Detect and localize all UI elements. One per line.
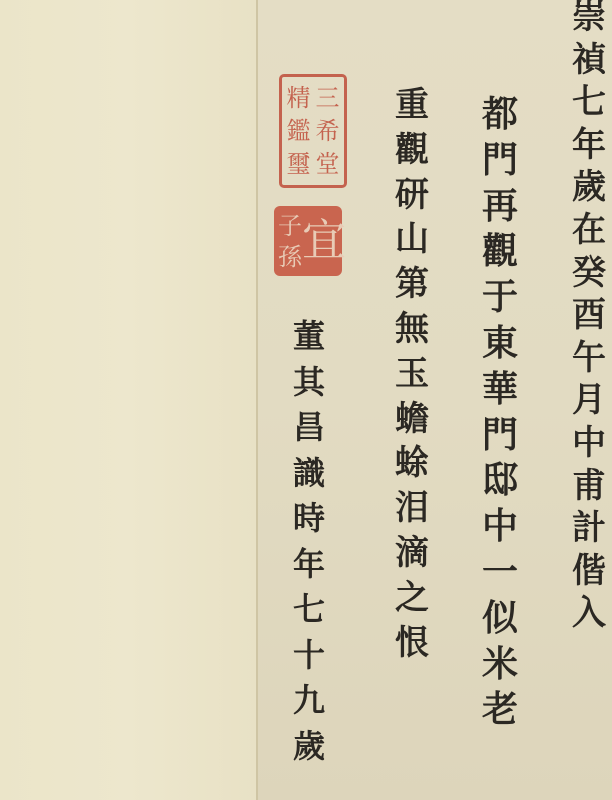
char: 計 — [572, 511, 606, 554]
char: 九 — [293, 684, 325, 730]
seal-char: 堂 — [316, 152, 340, 176]
char: 月 — [572, 383, 606, 426]
seal-char: 精 — [287, 86, 311, 110]
seal-column: 精 鑑 璽 — [287, 81, 311, 181]
char: 董 — [293, 320, 325, 366]
char: 華 — [482, 371, 518, 417]
char: 中 — [482, 508, 518, 554]
seal-yizisun: 宜 子 孫 — [274, 206, 342, 276]
char: 其 — [293, 366, 325, 412]
seal-column: 宜 — [302, 210, 346, 272]
char: 第 — [395, 267, 429, 312]
char: 禎 — [572, 43, 606, 86]
char: 觀 — [482, 233, 518, 279]
char: 于 — [482, 279, 518, 325]
char: 門 — [482, 142, 518, 188]
seal-char: 子 — [278, 214, 302, 238]
char: 年 — [572, 128, 606, 171]
char: 偕 — [572, 554, 606, 597]
char: 十 — [293, 639, 325, 685]
char: 七 — [293, 593, 325, 639]
seal-sanxitang: 三 希 堂 精 鑑 璽 — [279, 74, 347, 188]
seal-char: 宜 — [302, 219, 346, 263]
char: 再 — [482, 188, 518, 234]
seal-column: 三 希 堂 — [316, 81, 340, 181]
seal-char: 希 — [316, 119, 340, 143]
char: 門 — [482, 417, 518, 463]
char: 一 — [482, 554, 518, 600]
char: 都 — [482, 96, 518, 142]
char: 時 — [293, 502, 325, 548]
char: 入 — [572, 596, 606, 639]
char: 年 — [293, 548, 325, 594]
char: 邸 — [482, 462, 518, 508]
signature-column: 董 其 昌 識 時 年 七 十 九 歲 — [287, 320, 331, 775]
char: 午 — [572, 341, 606, 384]
char: 重 — [395, 88, 429, 133]
char: 癸 — [572, 256, 606, 299]
seal-char: 璽 — [287, 152, 311, 176]
char: 玉 — [395, 357, 429, 402]
seal-char: 孫 — [278, 245, 302, 269]
inscription-column-2: 都 門 再 觀 于 東 華 門 邸 中 一 似 米 老 — [474, 96, 526, 737]
char: 觀 — [395, 133, 429, 178]
char: 滴 — [395, 536, 429, 581]
char: 泪 — [395, 491, 429, 536]
char: 無 — [395, 312, 429, 357]
char: 山 — [395, 222, 429, 267]
char: 歲 — [293, 730, 325, 776]
inscription-column-1: 崇 禎 七 年 歲 在 癸 酉 午 月 中 甫 計 偕 入 — [567, 0, 611, 639]
char: 東 — [482, 325, 518, 371]
char: 之 — [395, 581, 429, 626]
mounting-silk-panel — [0, 0, 257, 800]
char: 中 — [572, 426, 606, 469]
char: 恨 — [395, 626, 429, 671]
char: 老 — [482, 691, 518, 737]
char: 蟾 — [395, 402, 429, 447]
char: 似 — [482, 600, 518, 646]
char: 七 — [572, 85, 606, 128]
seal-char: 鑑 — [287, 119, 311, 143]
char: 研 — [395, 178, 429, 223]
char: 昌 — [293, 411, 325, 457]
seal-column: 子 孫 — [278, 210, 302, 272]
char: 識 — [293, 457, 325, 503]
char: 崇 — [572, 0, 606, 43]
char: 歲 — [572, 170, 606, 213]
seal-char: 三 — [316, 86, 340, 110]
char: 酉 — [572, 298, 606, 341]
char: 在 — [572, 213, 606, 256]
char: 米 — [482, 646, 518, 692]
char: 蜍 — [395, 446, 429, 491]
char: 甫 — [572, 469, 606, 512]
inscription-column-3: 重 觀 研 山 第 無 玉 蟾 蜍 泪 滴 之 恨 — [386, 88, 438, 670]
